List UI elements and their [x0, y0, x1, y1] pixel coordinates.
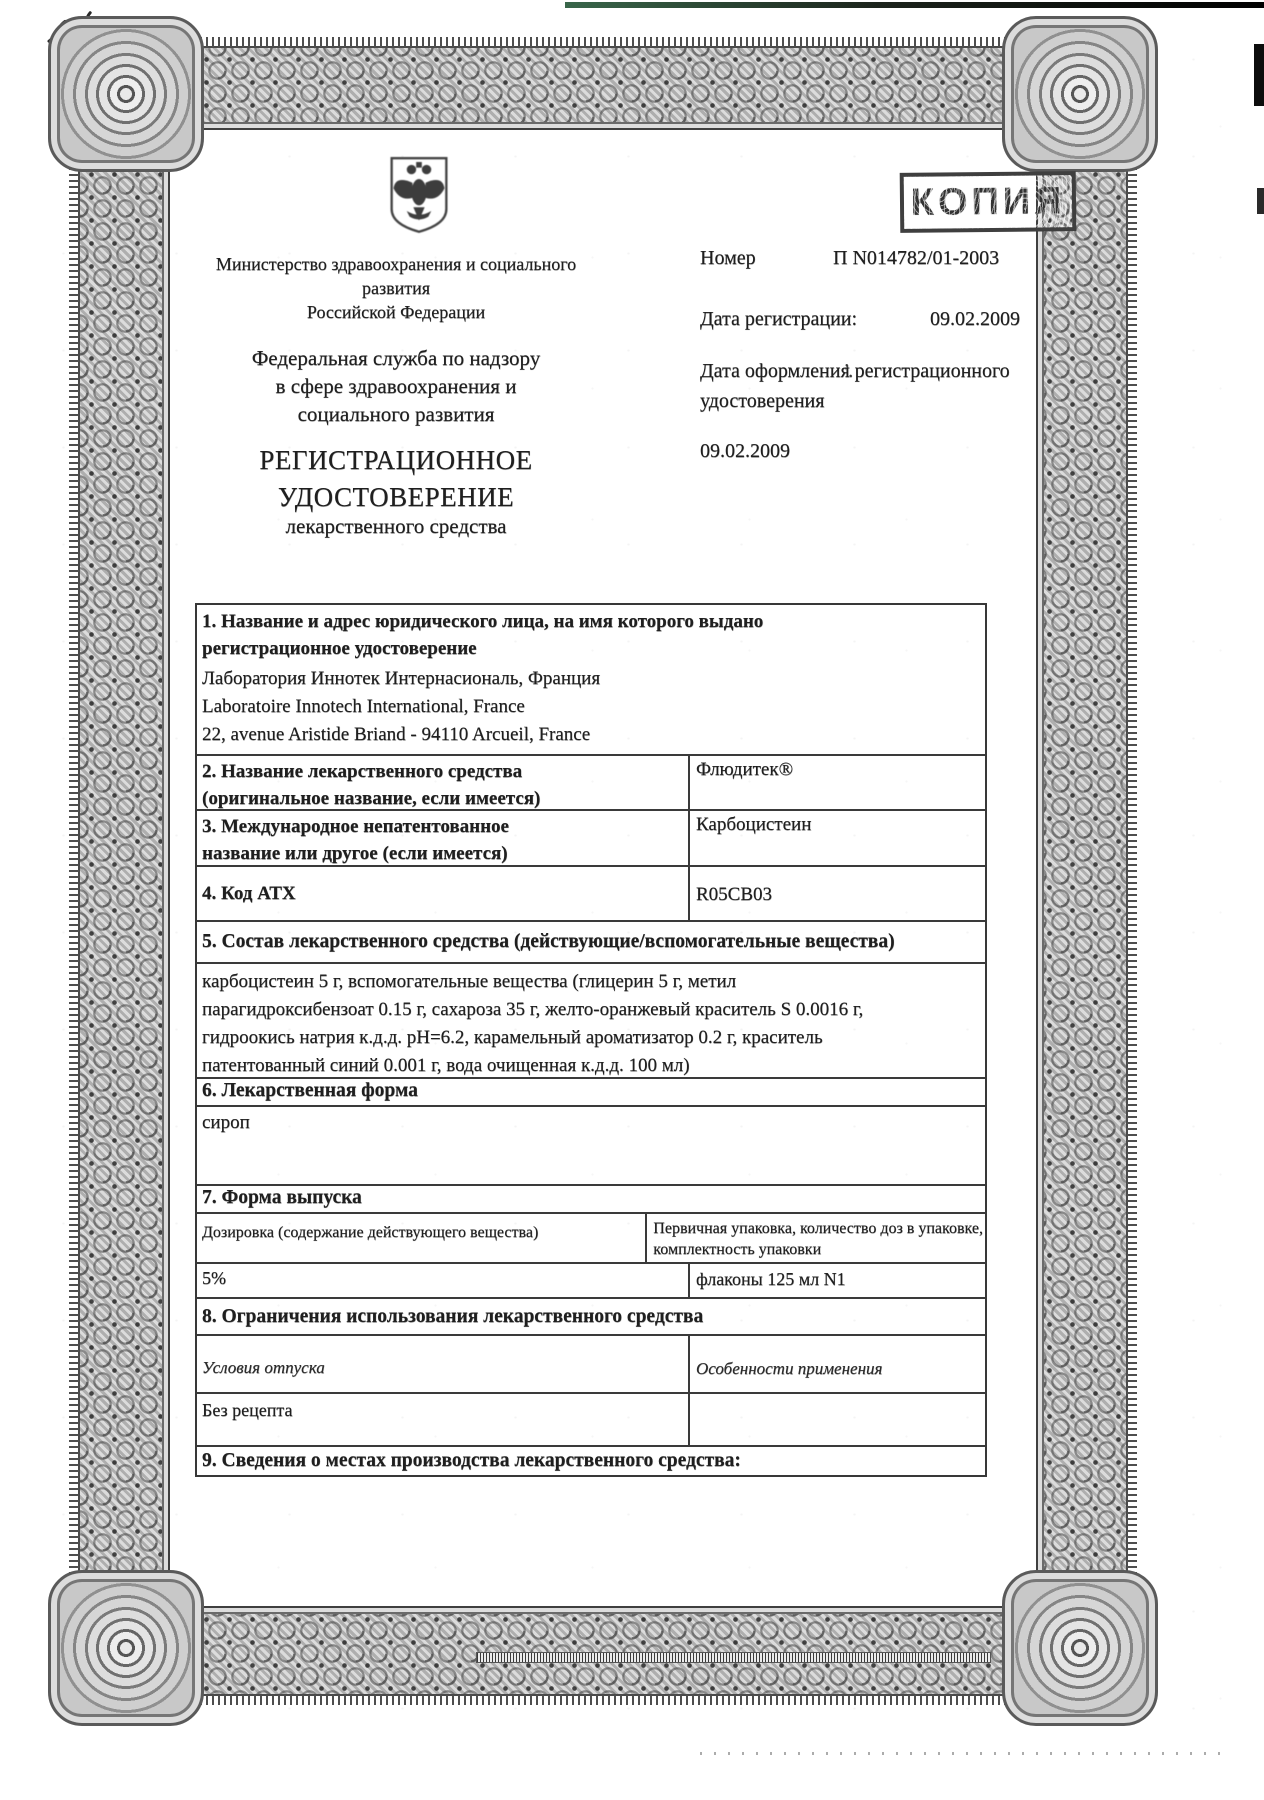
section-2: 2. Название лекарственного средства (ори…: [197, 754, 985, 809]
composition-line: гидроокись натрия к.д.д. pH=6.2, карамел…: [202, 1024, 981, 1052]
number-label: Номер: [700, 247, 756, 270]
section-7-title: 7. Форма выпуска: [197, 1184, 985, 1212]
inn-value: Карбоцистеин: [690, 811, 985, 865]
federal-service-name: Федеральная служба по надзору в сфере зд…: [210, 344, 582, 428]
section-8-title: 8. Ограничения использования лекарственн…: [197, 1297, 985, 1334]
ministry-line: развития: [196, 276, 596, 300]
section-7-values: 5% флаконы 125 мл N1: [197, 1262, 985, 1297]
scan-edge-mark: [1257, 188, 1264, 214]
section-2-title: 2. Название лекарственного средства (ори…: [197, 756, 690, 809]
dosage-column-header: Дозировка (содержание действующего вещес…: [197, 1214, 647, 1262]
russia-coat-of-arms-icon: [386, 154, 452, 236]
service-line: Федеральная служба по надзору: [210, 344, 582, 372]
microprint-strip: [477, 1653, 990, 1662]
composition-line: карбоцистеин 5 г, вспомогательные вещест…: [202, 968, 981, 996]
holder-name-en: Laboratoire Innotech International, Fran…: [202, 693, 981, 721]
atc-code-value: R05CB03: [690, 867, 985, 920]
section-3-title-line: 3. Международное непатентованное: [202, 813, 684, 840]
section-2-title-line: (оригинальное название, если имеется): [202, 785, 684, 812]
section-8-headers: Условия отпуска Особенности применения: [197, 1334, 985, 1392]
section-5-title: 5. Состав лекарственного средства (дейст…: [197, 920, 985, 962]
issue-date-label-line: удостоверения: [700, 386, 1045, 416]
ministry-line: Министерство здравоохранения и социально…: [196, 252, 596, 276]
trade-name-value: Флюдитек®: [690, 756, 985, 809]
issue-date-value: 09.02.2009: [700, 440, 790, 463]
dispensing-conditions-header: Условия отпуска: [197, 1336, 690, 1392]
document-title-line: РЕГИСТРАЦИОННОЕ: [196, 442, 596, 479]
scanner-edge-line: [565, 2, 1264, 8]
section-3: 3. Международное непатентованное названи…: [197, 809, 985, 865]
document-subtitle: лекарственного средства: [196, 514, 596, 539]
dispensing-conditions-value: Без рецепта: [197, 1394, 690, 1445]
section-5-body: карбоцистеин 5 г, вспомогательные вещест…: [197, 962, 985, 1077]
packaging-header-line: Первичная упаковка, количество доз в упа…: [653, 1218, 983, 1239]
section-6-title: 6. Лекарственная форма: [197, 1077, 985, 1105]
border-band-left: [78, 46, 170, 1696]
corner-ornament-top-right: [1002, 16, 1158, 172]
section-3-title-line: название или другое (если имеется): [202, 840, 684, 867]
holder-name-ru: Лаборатория Иннотек Интернасиональ, Фран…: [202, 665, 981, 693]
section-1-title-line: регистрационное удостоверение: [202, 635, 981, 662]
composition-line: патентованный синий 0.001 г, вода очищен…: [202, 1052, 981, 1080]
registration-date-value: 09.02.2009: [930, 308, 1020, 331]
scan-dust: [700, 1752, 1220, 1755]
section-9-title: 9. Сведения о местах производства лекарс…: [197, 1445, 985, 1475]
packaging-value: флаконы 125 мл N1: [690, 1264, 985, 1297]
section-8-values: Без рецепта: [197, 1392, 985, 1445]
copy-stamp: КОПИЯ: [900, 171, 1077, 233]
border-band-right: [1036, 46, 1128, 1696]
section-2-title-line: 2. Название лекарственного средства: [202, 758, 684, 785]
corner-ornament-bottom-left: [48, 1570, 204, 1726]
issue-date-label-line: Дата оформления регистрационного: [700, 356, 1045, 386]
section-4: 4. Код АТХ R05CB03: [197, 865, 985, 920]
dosage-value: 5%: [197, 1264, 690, 1297]
document-title-line: УДОСТОВЕРЕНИЕ: [196, 479, 596, 516]
registration-date-label: Дата регистрации:: [700, 308, 857, 331]
section-1: 1. Название и адрес юридического лица, н…: [197, 605, 985, 754]
corner-ornament-bottom-right: [1002, 1570, 1158, 1726]
section-1-title-line: 1. Название и адрес юридического лица, н…: [202, 608, 981, 635]
section-7-headers: Дозировка (содержание действующего вещес…: [197, 1212, 985, 1262]
section-4-title: 4. Код АТХ: [197, 867, 690, 920]
number-value: П N014782/01-2003: [833, 247, 999, 270]
border-band-top: [78, 46, 1128, 130]
application-features-header: Особенности применения: [690, 1336, 985, 1392]
corner-ornament-top-left: [48, 16, 204, 172]
issue-date-label: Дата оформления регистрационного удостов…: [700, 356, 1045, 416]
holder-address: 22, avenue Aristide Briand - 94110 Arcue…: [202, 721, 981, 749]
ministry-name: Министерство здравоохранения и социально…: [196, 252, 596, 324]
certificate-table: 1. Название и адрес юридического лица, н…: [195, 603, 987, 1477]
pen-tick-mark: ’.: [842, 360, 854, 383]
service-line: социального развития: [210, 400, 582, 428]
packaging-header-line: комплектность упаковки: [653, 1239, 983, 1260]
ministry-line: Российской Федерации: [196, 300, 596, 324]
dosage-form-value: сироп: [197, 1105, 985, 1184]
packaging-column-header: Первичная упаковка, количество доз в упа…: [647, 1214, 985, 1262]
section-3-title: 3. Международное непатентованное названи…: [197, 811, 690, 865]
scan-edge-mark: [1254, 44, 1264, 106]
section-1-title: 1. Название и адрес юридического лица, н…: [197, 605, 985, 662]
application-features-value: [690, 1394, 985, 1445]
border-band-bottom: [78, 1606, 1128, 1696]
document-title: РЕГИСТРАЦИОННОЕ УДОСТОВЕРЕНИЕ: [196, 442, 596, 516]
section-1-body: Лаборатория Иннотек Интернасиональ, Фран…: [197, 662, 985, 749]
composition-line: парагидроксибензоат 0.15 г, сахароза 35 …: [202, 996, 981, 1024]
service-line: в сфере здравоохранения и: [210, 372, 582, 400]
